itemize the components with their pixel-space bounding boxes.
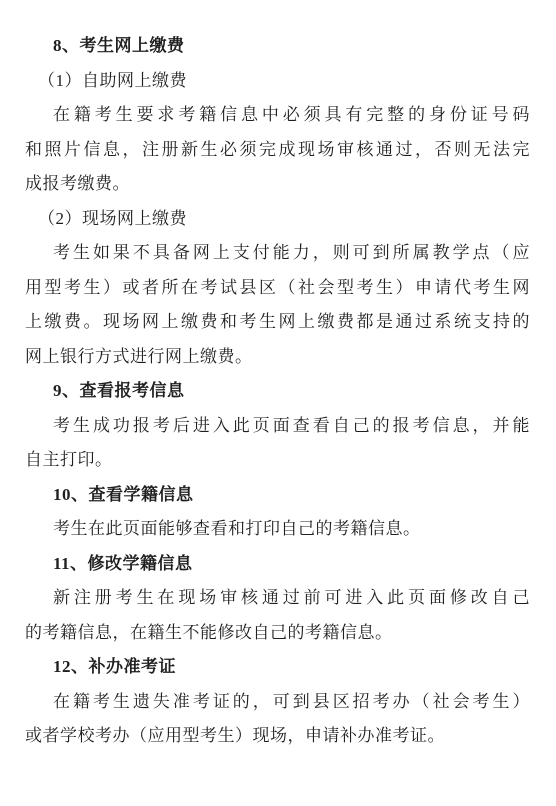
paragraph-line: 在籍考生要求考籍信息中必须具有完整的身份证号码 xyxy=(25,98,530,133)
paragraph-line: 新注册考生在现场审核通过前可进入此页面修改自己 xyxy=(25,581,530,616)
paragraph-line: 自主打印。 xyxy=(25,443,530,478)
paragraph-line: 网上银行方式进行网上缴费。 xyxy=(25,340,530,375)
paragraph-line: 成报考缴费。 xyxy=(25,167,530,202)
section-8-heading: 8、考生网上缴费 xyxy=(25,29,530,64)
paragraph-line: 或者学校考办（应用型考生）现场，申请补办准考证。 xyxy=(25,719,530,754)
paragraph-line: 考生如果不具备网上支付能力，则可到所属教学点（应 xyxy=(25,236,530,271)
paragraph-line: 考生在此页面能够查看和打印自己的考籍信息。 xyxy=(25,512,530,547)
section-9-heading: 9、查看报考信息 xyxy=(25,374,530,409)
paragraph-line: 在籍考生遗失准考证的，可到县区招考办（社会考生） xyxy=(25,685,530,720)
subsection-2-heading: （2）现场网上缴费 xyxy=(25,202,530,237)
paragraph-line: 上缴费。现场网上缴费和考生网上缴费都是通过系统支持的 xyxy=(25,305,530,340)
section-11-heading: 11、修改学籍信息 xyxy=(25,547,530,582)
document-page: 8、考生网上缴费 （1）自助网上缴费 在籍考生要求考籍信息中必须具有完整的身份证… xyxy=(0,0,556,806)
section-12-heading: 12、补办准考证 xyxy=(25,650,530,685)
subsection-1-heading: （1）自助网上缴费 xyxy=(25,64,530,99)
paragraph-line: 和照片信息，注册新生必须完成现场审核通过，否则无法完 xyxy=(25,133,530,168)
section-10-heading: 10、查看学籍信息 xyxy=(25,478,530,513)
paragraph-line: 用型考生）或者所在考试县区（社会型考生）申请代考生网 xyxy=(25,271,530,306)
document-text-block: 8、考生网上缴费 （1）自助网上缴费 在籍考生要求考籍信息中必须具有完整的身份证… xyxy=(25,29,530,754)
paragraph-line: 考生成功报考后进入此页面查看自己的报考信息，并能 xyxy=(25,409,530,444)
paragraph-line: 的考籍信息，在籍生不能修改自己的考籍信息。 xyxy=(25,616,530,651)
